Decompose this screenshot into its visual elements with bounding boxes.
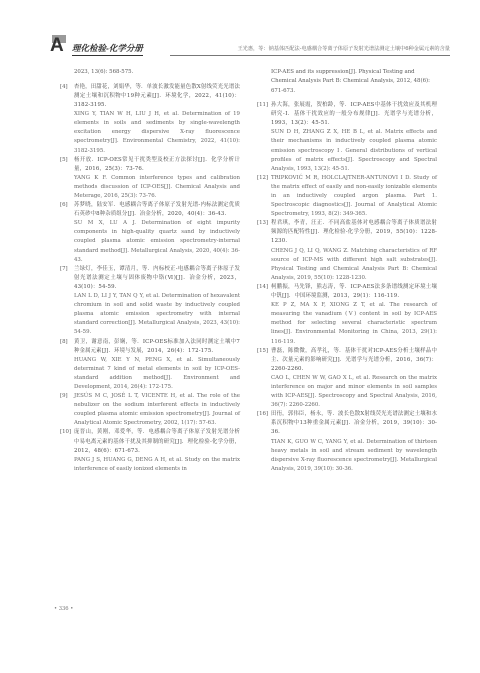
reference-english: HUANG W, XIE Y N, PENG X, et al. Simulta… bbox=[74, 356, 240, 392]
reference-entry: [9] JESÚS M C, JOSÉ L T, VICENTE H, et a… bbox=[60, 392, 240, 428]
reference-entry: [11] 孙大海，张展霞，贺柏龄，等．ICP-AES中基体干扰效应及其机理研究-… bbox=[257, 101, 437, 174]
reference-chinese: 杨开放．ICP-OES常见干扰类型及校正方法探讨[J]．化学分析计量，2016，… bbox=[74, 156, 240, 174]
reference-number: [9] bbox=[60, 392, 68, 401]
reference-chinese: 庞晋山，黄刚，邓爱华，等．电感耦合等离子体原子发射光谱分析中易电离元素的基体干扰… bbox=[74, 428, 240, 455]
reference-english: CAO L, CHEN W W, GAO X L, et al. Researc… bbox=[271, 374, 437, 410]
reference-continuation: 2023, 13(6): 568-575. bbox=[60, 68, 240, 77]
page-header: A 理化检验-化学分册 王光惠，等：钠基体匹配法-电感耦合等离子体原子发射光谱法… bbox=[50, 35, 450, 55]
reference-number: [6] bbox=[60, 201, 68, 210]
reference-entry: [14] 柯鹏振，马先锋，熊志涛，等．ICP-AES法多条谱线测定环境土壤中钒[… bbox=[257, 283, 437, 347]
reference-number: [11] bbox=[257, 101, 268, 110]
reference-number: [14] bbox=[257, 283, 268, 292]
journal-logo: A bbox=[50, 35, 72, 55]
reference-english: CHENG J Q, LI Q, WANG Z. Matching charac… bbox=[271, 247, 437, 283]
reference-chinese: 杏艳，田甜花，刘娟华，等．单波长激发能量色散X射线荧光光谱法测定土壤和沉积物中1… bbox=[74, 83, 240, 110]
reference-entry: [13] 程君琪，李青，汪正．不同高盐基体对电感耦合等离子体质谱法射频源的匹配特… bbox=[257, 219, 437, 283]
reference-english: KE P Z, MA X F, XIONG Z T, et al. The re… bbox=[271, 301, 437, 346]
reference-entry: [15] 曹磊，陈微微，高孝礼，等．基体干扰对ICP-AES分析土壤样品中主、次… bbox=[257, 347, 437, 411]
right-column: ICP-AES and its suppression[J]. Physical… bbox=[257, 63, 437, 474]
reference-number: [8] bbox=[60, 338, 68, 347]
reference-number: [12] bbox=[257, 174, 268, 183]
reference-number: [16] bbox=[257, 410, 268, 419]
reference-english: TRIPKOVIĆ M R, HOLCLAJTNER-ANTUNOVI I D.… bbox=[271, 174, 437, 219]
reference-chinese: 柯鹏振，马先锋，熊志涛，等．ICP-AES法多条谱线测定环境土壤中钒[J]．中国… bbox=[271, 283, 437, 301]
logo-letter: A bbox=[50, 37, 64, 55]
reference-english: YANG K F. Common interference types and … bbox=[74, 174, 240, 201]
reference-english: XING Y, TIAN W H, LIU J H, et al. Determ… bbox=[74, 110, 240, 155]
reference-chinese: 田衎，郭伟臣，杨永，等．波长色散X射线荧光光谱法测定土壤和水系沉积物中13种重金… bbox=[271, 410, 437, 437]
reference-number: [5] bbox=[60, 156, 68, 165]
reference-english: JESÚS M C, JOSÉ L T, VICENTE H, et al. T… bbox=[74, 392, 240, 428]
reference-chinese: 程君琪，李青，汪正．不同高盐基体对电感耦合等离子体质谱法射频源的匹配特性[J]．… bbox=[271, 219, 437, 246]
reference-chinese: 孙大海，张展霞，贺柏龄，等．ICP-AES中基体干扰效应及其机理研究-Ⅰ．基体干… bbox=[271, 101, 437, 128]
reference-entry: [5] 杨开放．ICP-OES常见干扰类型及校正方法探讨[J]．化学分析计量，2… bbox=[60, 156, 240, 201]
reference-english: PANG J S, HUANG G, DENG A H, et al. Stud… bbox=[74, 456, 240, 474]
reference-number: [15] bbox=[257, 347, 268, 356]
reference-entry: [7] 兰绿灯，李佳玉，谭清月，等．内标校正-电感耦合等离子体原子发射光谱法测定… bbox=[60, 265, 240, 338]
reference-chinese: 黄卫，谢意南，彭娴，等．ICP-OES标准加入法同时测定土壤中7种金属元素[J]… bbox=[74, 338, 240, 356]
reference-english: SUN D H, ZHANG Z X, HE B L, et al. Matri… bbox=[271, 128, 437, 173]
reference-chinese: 曹磊，陈微微，高孝礼，等．基体干扰对ICP-AES分析土壤样品中主、次量元素的影… bbox=[271, 347, 437, 374]
journal-name: 理化检验-化学分册 bbox=[72, 42, 143, 56]
reference-entry: [4] 杏艳，田甜花，刘娟华，等．单波长激发能量色散X射线荧光光谱法测定土壤和沉… bbox=[60, 83, 240, 156]
reference-continuation: ICP-AES and its suppression[J]. Physical… bbox=[257, 68, 437, 95]
running-title: 王光惠，等：钠基体匹配法-电感耦合等离子体原子发射光谱法测定土壤中6种金属元素的… bbox=[237, 45, 450, 52]
left-column: 2023, 13(6): 568-575. [4] 杏艳，田甜花，刘娟华，等．单… bbox=[60, 63, 240, 474]
reference-entry: [16] 田衎，郭伟臣，杨永，等．波长色散X射线荧光光谱法测定土壤和水系沉积物中… bbox=[257, 410, 437, 474]
reference-entry: [12] TRIPKOVIĆ M R, HOLCLAJTNER-ANTUNOVI… bbox=[257, 174, 437, 219]
reference-english: TIAN K, GUO W C, YANG Y, et al. Determin… bbox=[271, 438, 437, 474]
reference-number: [10] bbox=[60, 428, 71, 437]
reference-entry: [6] 苏梦晓，陆安军．电感耦合等离子体原子发射光谱-内标法测定优质石英砂中8种… bbox=[60, 201, 240, 265]
reference-english: SU M X, LU A J. Determination of eight i… bbox=[74, 219, 240, 264]
reference-chinese: 兰绿灯，李佳玉，谭清月，等．内标校正-电感耦合等离子体原子发射光谱法测定土壤与固… bbox=[74, 265, 240, 292]
reference-entry: [8] 黄卫，谢意南，彭娴，等．ICP-OES标准加入法同时测定土壤中7种金属元… bbox=[60, 338, 240, 393]
reference-chinese: 苏梦晓，陆安军．电感耦合等离子体原子发射光谱-内标法测定优质石英砂中8种杂质组分… bbox=[74, 201, 240, 219]
reference-number: [7] bbox=[60, 265, 68, 274]
reference-number: [13] bbox=[257, 219, 268, 228]
reference-number: [4] bbox=[60, 83, 68, 92]
reference-english: LAN L D, LI J Y, TAN Q Y, et al. Determi… bbox=[74, 292, 240, 337]
reference-entry: [10] 庞晋山，黄刚，邓爱华，等．电感耦合等离子体原子发射光谱分析中易电离元素… bbox=[60, 428, 240, 473]
page-number: • 336 • bbox=[54, 606, 73, 612]
header-divider bbox=[170, 55, 450, 56]
